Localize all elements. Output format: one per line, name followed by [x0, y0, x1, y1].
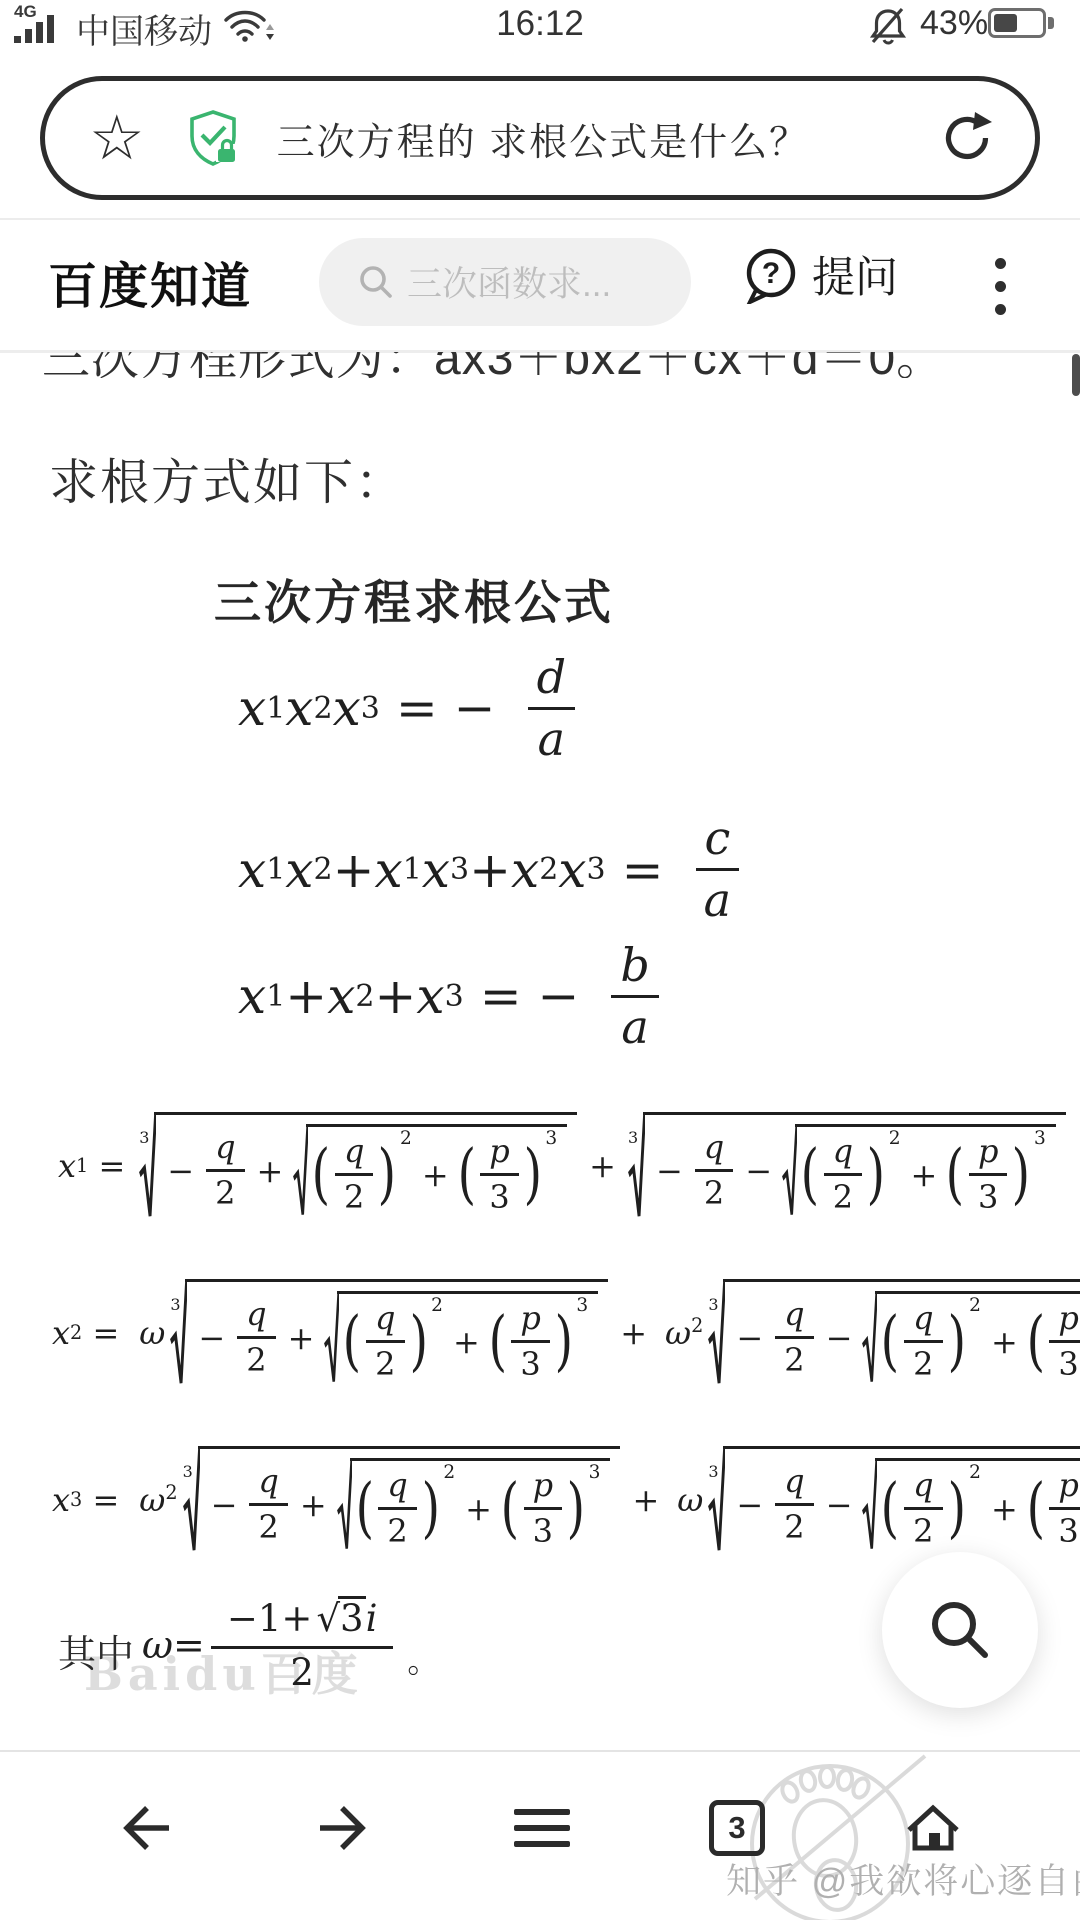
bookmark-star-icon[interactable]: ☆	[89, 107, 145, 169]
back-arrow-icon	[117, 1797, 179, 1859]
search-fab[interactable]	[882, 1552, 1038, 1708]
battery-icon	[988, 8, 1058, 38]
nav-home-button[interactable]	[901, 1796, 965, 1860]
security-shield-icon[interactable]	[185, 108, 241, 168]
search-icon	[925, 1595, 995, 1665]
nav-tabs-button[interactable]: 3	[705, 1796, 769, 1860]
header-search-box[interactable]: 三次函数求...	[319, 238, 691, 326]
tab-count: 3	[728, 1810, 745, 1846]
kebab-icon	[995, 258, 1006, 269]
search-placeholder: 三次函数求...	[407, 257, 611, 307]
omega-line: 其中ω =−1 + √3i2。	[58, 1596, 439, 1693]
vieta-row: x1x2 + x1x3 + x2x3=ca	[238, 802, 743, 937]
question-bubble-icon: ?	[742, 246, 800, 304]
scrollbar-thumb[interactable]	[1072, 354, 1080, 396]
svg-text:?: ?	[762, 257, 780, 290]
site-header: 百度知道 三次函数求... ? 提问	[0, 222, 1080, 353]
search-icon	[357, 263, 395, 301]
more-menu-button[interactable]	[980, 246, 1020, 326]
muted-bell-icon	[866, 4, 910, 46]
vieta-row: x1x2x3= −da	[238, 618, 579, 798]
nav-back-button[interactable]	[116, 1796, 180, 1860]
refresh-button[interactable]	[939, 110, 995, 166]
root-row: x2 =ω3−q2+(q2)2+(p3)3+ω23−q2−(q2)2+(p3)3	[52, 1279, 1080, 1386]
root-row: x3 =ω23−q2+(q2)2+(p3)3+ω3−q2−(q2)2+(p3)3	[52, 1446, 1080, 1553]
forward-arrow-icon	[310, 1797, 372, 1859]
browser-toolbar: ☆ 三次方程的 求根公式是什么？	[0, 46, 1080, 220]
address-bar[interactable]: ☆ 三次方程的 求根公式是什么？	[40, 76, 1040, 200]
ask-question-button[interactable]: ? 提问	[742, 244, 898, 305]
watermark-credit: 知乎 @我欲将心逐自由	[726, 1854, 1080, 1904]
root-row: x1 =3−q2+(q2)2+(p3)3+3−q2−(q2)2+(p3)3	[58, 1112, 1068, 1219]
ask-label: 提问	[812, 244, 898, 305]
clock: 16:12	[0, 4, 1080, 44]
nav-menu-button[interactable]	[510, 1796, 574, 1860]
phone-screen: 4G 中国移动 16:12 43%	[0, 0, 1080, 1920]
battery-percent: 43%	[920, 4, 988, 43]
brand-logo[interactable]: 百度知道	[48, 248, 252, 318]
menu-icon	[514, 1809, 570, 1847]
bottom-nav: 3 知乎 @我欲将心逐自由	[0, 1750, 1080, 1920]
address-url-text[interactable]: 三次方程的 求根公式是什么？	[277, 111, 810, 166]
nav-forward-button[interactable]	[309, 1796, 373, 1860]
home-icon	[901, 1796, 965, 1860]
status-bar: 4G 中国移动 16:12 43%	[0, 0, 1080, 46]
tabs-icon: 3	[709, 1800, 765, 1856]
clipped-paragraph: 三次方程形式为：ax3＋bx2＋cx＋d＝0。	[42, 352, 1032, 378]
section-heading: 求根方式如下：	[49, 444, 406, 514]
vieta-row: x1 + x2 + x3= −ba	[238, 926, 663, 1066]
